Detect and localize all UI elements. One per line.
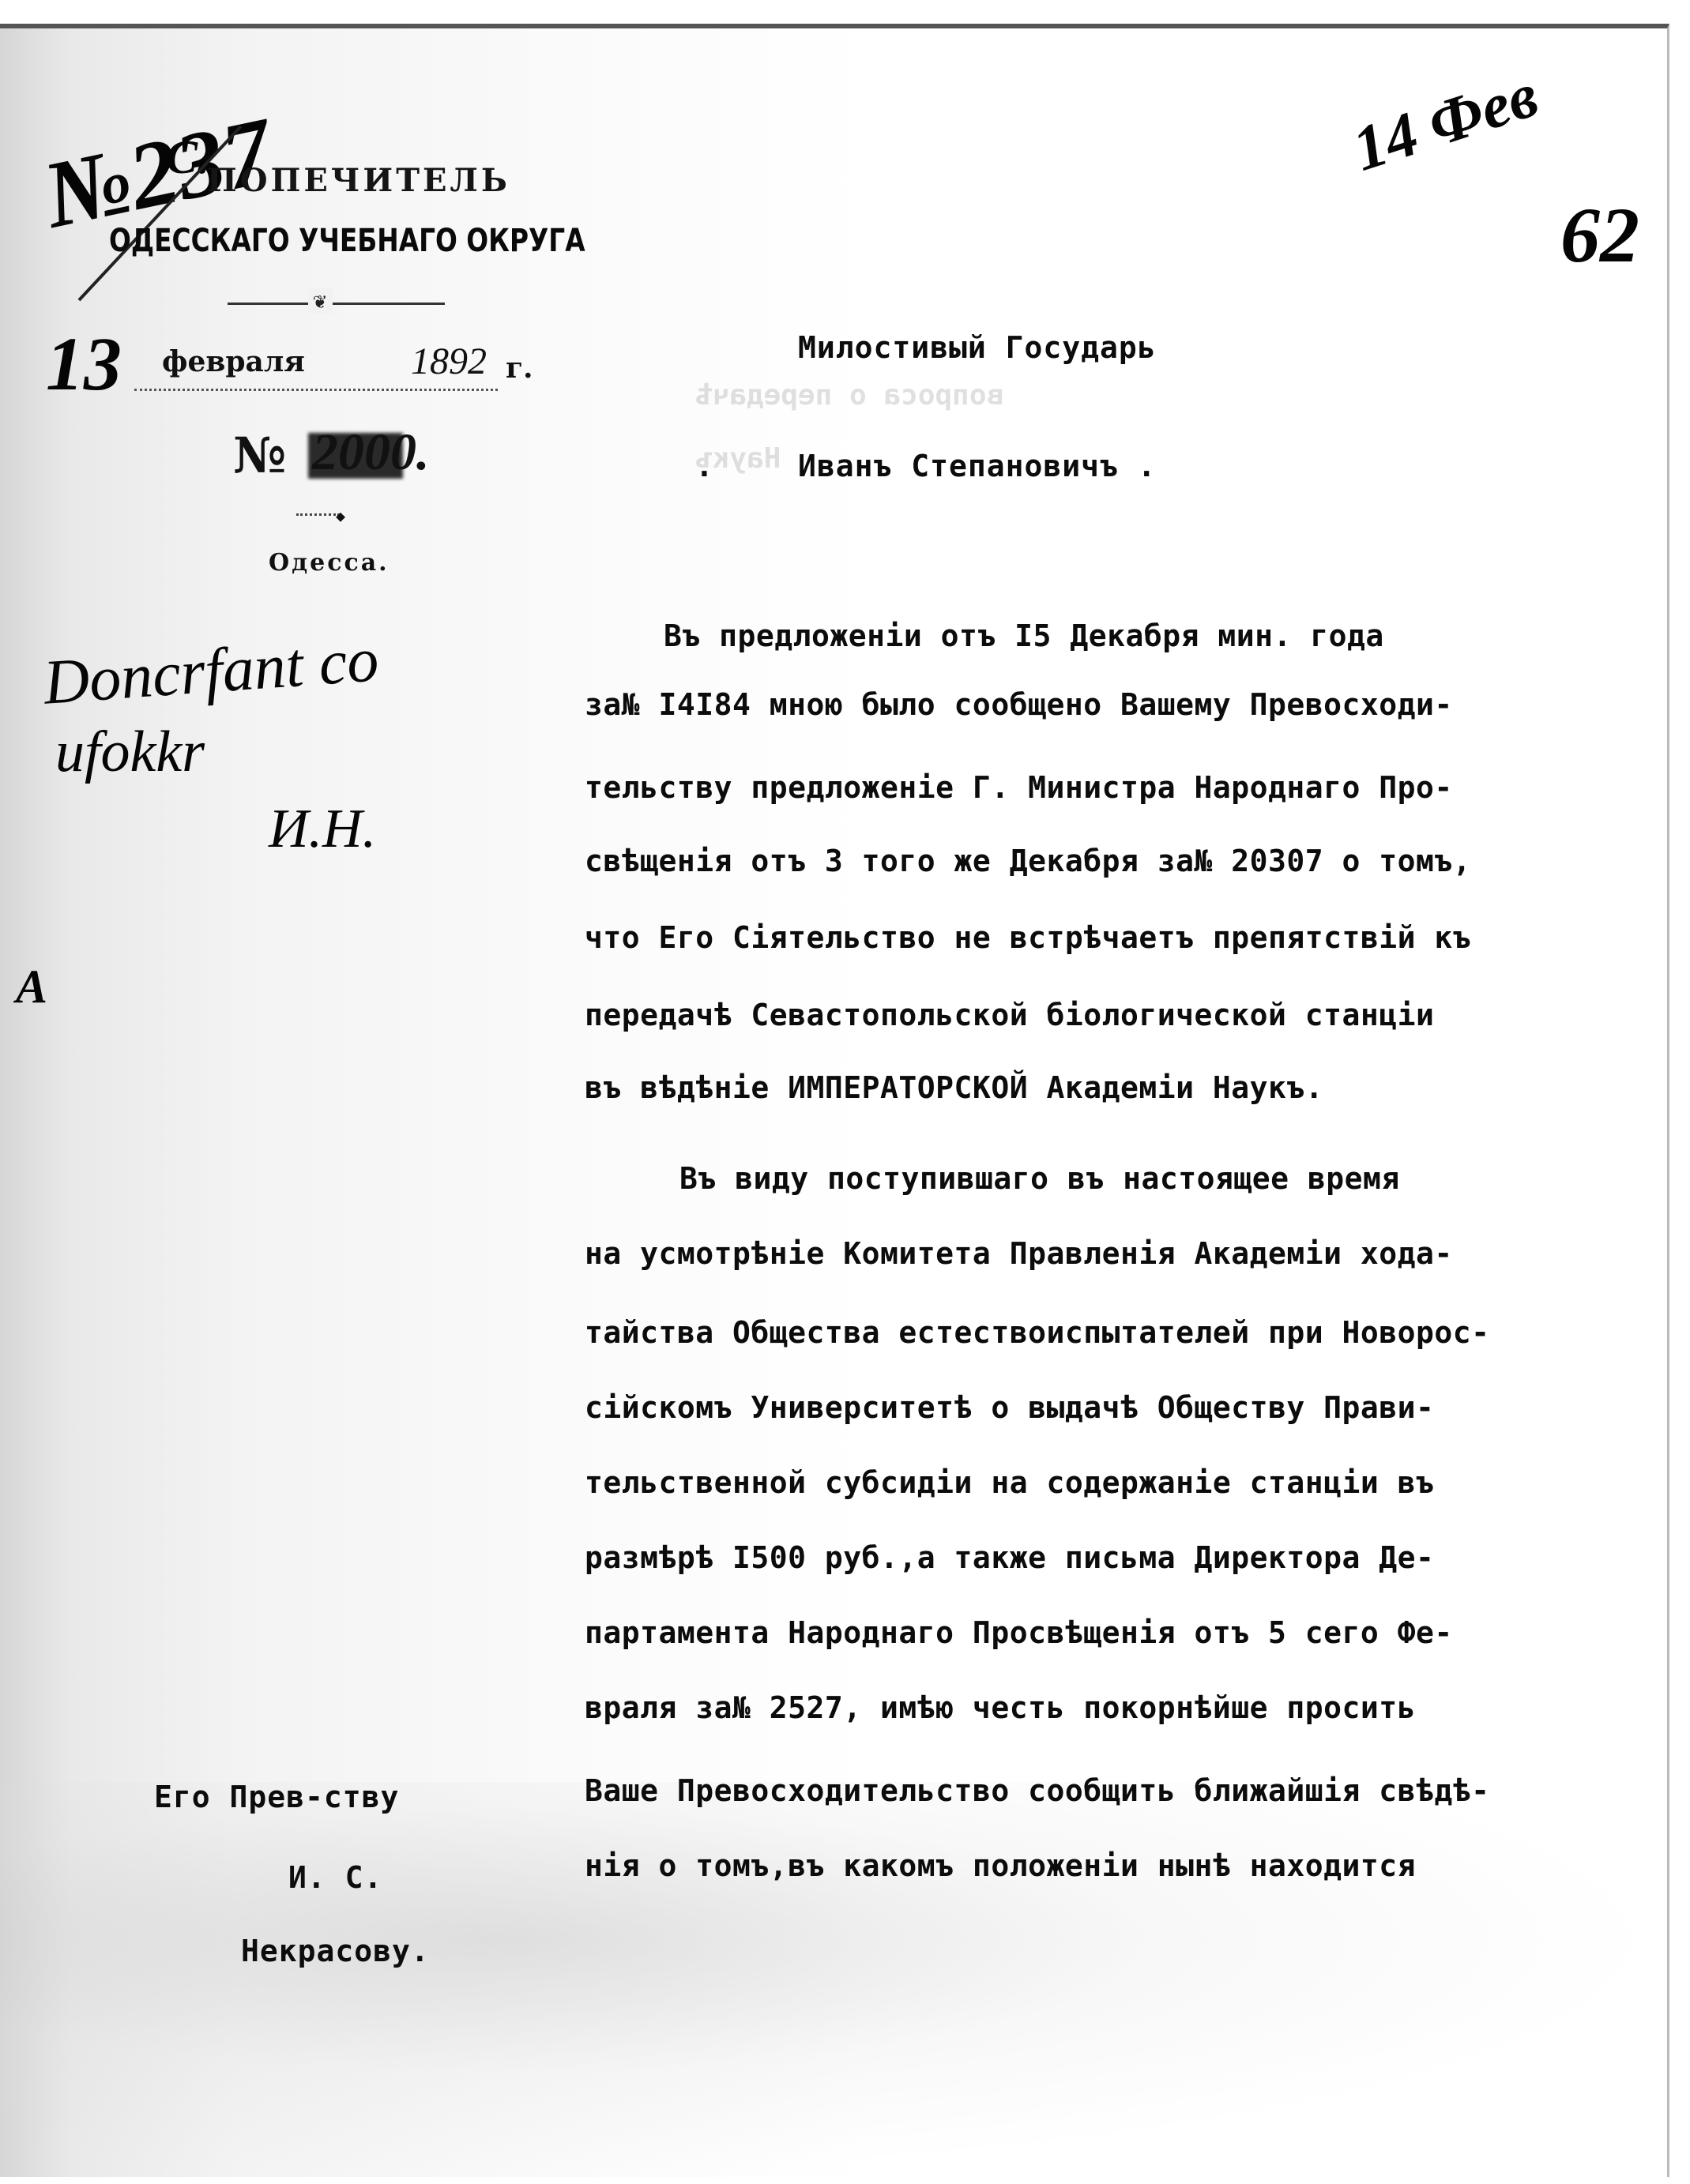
date-year-handwritten: 1892 xyxy=(411,340,487,383)
small-rule xyxy=(296,513,340,516)
body-line: партамента Народнаго Просвѣщенiя отъ 5 с… xyxy=(585,1615,1453,1650)
strike-line-icon xyxy=(63,118,253,308)
body-line: на усмотрѣнiе Комитета Правленiя Академi… xyxy=(585,1236,1453,1271)
salutation-line2: Иванъ Степановичъ . xyxy=(798,449,1157,483)
date-dotted-line xyxy=(134,389,498,391)
body-line: что Его Сiятельство не встрѣчаетъ препят… xyxy=(585,920,1471,955)
body-line: нiя о томъ,въ какомъ положенiи нынѣ нахо… xyxy=(585,1848,1416,1883)
body-line: сiйскомъ Университетѣ о выдачѣ Обществу … xyxy=(585,1390,1434,1425)
body-line: тельству предложенiе Г. Министра Народна… xyxy=(585,770,1453,805)
body-line: Въ предложенiи отъ I5 Декабря мин. года xyxy=(664,618,1384,653)
body-line: размѣрѣ I500 руб.,а также письма Директо… xyxy=(585,1540,1434,1575)
body-line: въ вѣдѣнiе ИМПЕРАТОРСКОЙ Академiи Наукъ. xyxy=(585,1070,1323,1105)
addressee-line2: И. С. xyxy=(288,1860,382,1895)
letterhead-city: Одесса. xyxy=(269,549,390,577)
bleed-through-text: вопроса о передачѣ xyxy=(695,379,1003,412)
addressee-line1: Его Прев-ству xyxy=(154,1780,399,1814)
body-line: передачѣ Севастопольской бiологической с… xyxy=(585,998,1434,1032)
body-line: враля за№ 2527, имѣю честь покорнѣйше пр… xyxy=(585,1690,1416,1725)
salutation-line1: Милостивый Государь xyxy=(798,330,1157,365)
letterhead-district: ОДЕССКАГО УЧЕБНАГО ОКРУГА xyxy=(109,223,585,259)
body-line: свѣщенiя отъ 3 того же Декабря за№ 20307… xyxy=(585,844,1471,878)
small-ornament-icon: ◆ xyxy=(336,506,345,525)
resolution-initials: И.Н. xyxy=(269,798,376,861)
letterhead-title: ПОПЕЧИТЕЛЬ xyxy=(207,162,510,199)
resolution-note-line2: ufokkr xyxy=(55,719,205,786)
salutation-dot: . xyxy=(695,449,714,483)
paper-stain xyxy=(0,1782,1667,2177)
ornament-icon: ❦ xyxy=(308,288,333,314)
date-day-handwritten: 13 xyxy=(46,320,122,408)
addressee-line3: Некрасову. xyxy=(241,1934,430,1968)
body-line: тайства Общества естествоиспытателей при… xyxy=(585,1315,1490,1350)
date-year-suffix: г. xyxy=(506,351,533,385)
ornament-rule xyxy=(228,303,445,308)
body-line: за№ I4I84 мною было сообщено Вашему Прев… xyxy=(585,687,1453,722)
date-month: февраля xyxy=(162,345,305,378)
margin-mark: A xyxy=(16,960,47,1014)
body-line: Въ виду поступившаго въ настоящее время xyxy=(679,1161,1400,1196)
page-number-handwritten: 62 xyxy=(1560,190,1639,280)
outgoing-number-label: № xyxy=(233,427,286,484)
body-line: Ваше Превосходительство сообщить ближайш… xyxy=(585,1773,1490,1808)
outgoing-number-value: 2000. xyxy=(312,423,430,483)
body-line: тельственной субсидiи на содержанiе стан… xyxy=(585,1465,1434,1500)
